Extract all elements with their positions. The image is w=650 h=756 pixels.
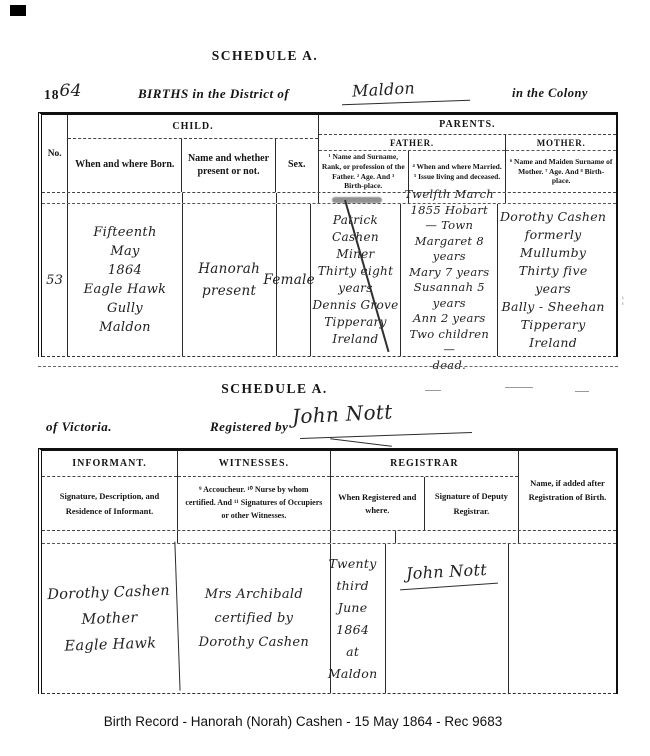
record-caption: Birth Record - Hanorah (Norah) Cashen - … (0, 714, 606, 729)
col-header-mother-details: ⁶ Name and Maiden Surname of Mother. ⁷ A… (506, 151, 616, 192)
header-gap-row (42, 531, 616, 544)
deputy-signature-text: John Nott (406, 560, 488, 583)
child-group: CHILD. When and where Born. Name and whe… (68, 115, 318, 192)
entry-when-registered: Twenty third June 1864 at Maldon (321, 544, 386, 693)
signature-flourish (300, 432, 472, 439)
col-header-name-added: Name, if added after Registration of Bir… (519, 451, 616, 530)
informant-group-title: INFORMANT. (42, 451, 177, 477)
birth-entry-row: 53 Fifteenth May 1864 Eagle Hawk Gully M… (42, 204, 616, 357)
scan-noise-dash (575, 391, 589, 392)
right-edge-tick: ¦ (622, 295, 624, 305)
mother-subgroup: MOTHER. ⁶ Name and Maiden Surname of Mot… (506, 135, 616, 192)
registrar-signature-top: John Nott (291, 399, 393, 428)
col-header-sex: Sex. (276, 139, 318, 192)
schedule-a-title-bottom: SCHEDULE A. (192, 381, 357, 397)
parents-group-title: PARENTS. (319, 115, 616, 135)
scan-artifact-square (10, 5, 26, 16)
entry-mother-details: Dorothy Cashen formerly Mullumby Thirty … (498, 204, 608, 356)
col-header-deputy-signature: Signature of Deputy Registrar. (425, 477, 518, 530)
year-1864: 1864 (44, 84, 82, 104)
col-header-no: No. (42, 115, 68, 192)
of-victoria-label: of Victoria. (46, 419, 112, 435)
registered-by-label: Registered by (210, 419, 288, 435)
district-handwritten: Maldon (352, 78, 416, 100)
district-underline-stroke (342, 100, 470, 105)
births-table: No. CHILD. When and where Born. Name and… (38, 112, 618, 357)
col-header-when-where-born: When and where Born. (68, 139, 182, 192)
witnesses-group: WITNESSES. ⁹ Accoucheur. ¹⁰ Nurse by who… (178, 451, 331, 530)
entry-witnesses: Mrs Archibald certified by Dorothy Cashe… (178, 544, 331, 693)
births-district-label: BIRTHS in the District of (138, 86, 289, 102)
witnesses-group-title: WITNESSES. (178, 451, 330, 477)
registrar-group: REGISTRAR When Registered and where. Sig… (331, 451, 519, 530)
scan-noise-dash (425, 390, 441, 391)
father-subgroup-title: FATHER. (319, 135, 506, 151)
col-header-informant-sub: Signature, Description, and Residence of… (42, 477, 177, 530)
births-table-header: No. CHILD. When and where Born. Name and… (42, 115, 616, 193)
year-handwritten: 64 (60, 81, 82, 101)
col-header-name-present: Name and whether present or not. (182, 139, 276, 192)
entry-deputy-signature: John Nott (386, 544, 509, 693)
ink-smudge (332, 197, 382, 203)
signature-flourish-tail (330, 438, 392, 447)
entry-no: 53 (42, 204, 68, 356)
scan-noise-dash (505, 387, 533, 388)
year-printed: 18 (44, 87, 60, 102)
table1-lower-rule (38, 366, 618, 367)
deputy-signature-flourish (400, 583, 498, 591)
informant-group: INFORMANT. Signature, Description, and R… (42, 451, 178, 530)
registration-table: INFORMANT. Signature, Description, and R… (38, 448, 618, 694)
registrar-group-title: REGISTRAR (331, 451, 518, 477)
header-gap-row (42, 193, 616, 204)
in-the-colony-label: in the Colony (512, 86, 588, 101)
registration-table-header: INFORMANT. Signature, Description, and R… (42, 451, 616, 531)
entry-when-where-born: Fifteenth May 1864 Eagle Hawk Gully Mald… (68, 204, 182, 356)
parents-group: PARENTS. FATHER. ¹ Name and Surname, Ran… (319, 115, 616, 192)
entry-informant: Dorothy Cashen Mother Eagle Hawk (39, 542, 180, 696)
child-group-title: CHILD. (68, 115, 317, 139)
entry-sex: Female (269, 204, 311, 356)
birth-record-scan: SCHEDULE A. 1864 BIRTHS in the District … (0, 0, 650, 756)
mother-subgroup-title: MOTHER. (506, 135, 616, 151)
col-header-when-registered: When Registered and where. (331, 477, 425, 530)
col-header-when-married-issue: ⁴ When and where Married. ⁵ Issue living… (409, 151, 505, 192)
col-header-father-name-rank: ¹ Name and Surname, Rank, or profession … (319, 151, 409, 192)
entry-name-added (509, 544, 606, 693)
entry-father-details: Patrick Cashen Miner Thirty eight years … (311, 204, 402, 356)
father-subgroup: FATHER. ¹ Name and Surname, Rank, or pro… (319, 135, 507, 192)
registration-entry-row: Dorothy Cashen Mother Eagle Hawk Mrs Arc… (42, 544, 616, 694)
entry-marriage-issue: Twelfth March 1855 Hobart — Town Margare… (401, 204, 498, 356)
col-header-witnesses-sub: ⁹ Accoucheur. ¹⁰ Nurse by whom certified… (178, 477, 330, 530)
schedule-a-title-top: SCHEDULE A. (170, 48, 360, 64)
